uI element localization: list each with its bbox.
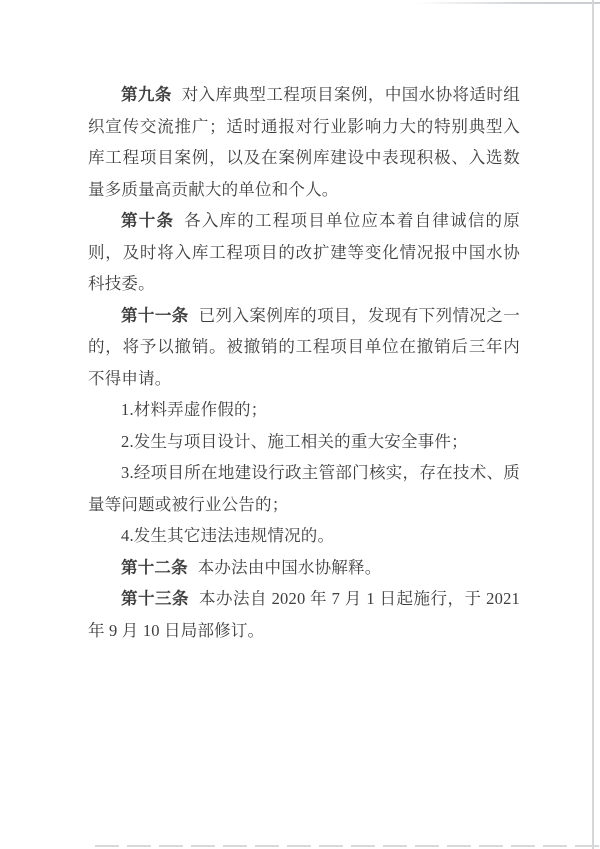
article-number: 第十三条 [121, 589, 189, 608]
article-number: 第九条 [121, 85, 172, 104]
scan-edge-top-line [415, 2, 600, 4]
article-paragraph: 第十三条本办法自 2020 年 7 月 1 日起施行，于 2021 年 9 月 … [88, 583, 520, 646]
document-body: 第九条对入库典型工程项目案例，中国水协将适时组织宣传交流推广；适时通报对行业影响… [88, 79, 520, 646]
article-text: 3.经项目所在地建设行政主管部门核实，存在技术、质量等问题或被行业公告的； [88, 463, 520, 514]
article-text: 4.发生其它违法违规情况的。 [121, 526, 334, 545]
list-item: 4.发生其它违法违规情况的。 [88, 520, 520, 552]
article-paragraph: 第九条对入库典型工程项目案例，中国水协将适时组织宣传交流推广；适时通报对行业影响… [88, 79, 520, 205]
article-number: 第十一条 [121, 306, 189, 325]
article-number: 第十二条 [121, 558, 188, 577]
list-item: 1.材料弄虚作假的； [88, 394, 520, 426]
list-item: 2.发生与项目设计、施工相关的重大安全事件； [88, 426, 520, 458]
scanned-document-page: 第九条对入库典型工程项目案例，中国水协将适时组织宣传交流推广；适时通报对行业影响… [0, 0, 600, 849]
article-paragraph: 第十条各入库的工程项目单位应本着自律诚信的原则，及时将入库工程项目的改扩建等变化… [88, 205, 520, 300]
scan-edge-bottom-line [95, 845, 600, 847]
article-paragraph: 第十一条已列入案例库的项目，发现有下列情况之一的，将予以撤销。被撤销的工程项目单… [88, 300, 520, 395]
article-text: 本办法由中国水协解释。 [198, 558, 382, 577]
article-number: 第十条 [121, 211, 174, 230]
scan-edge-right-line [592, 0, 594, 849]
article-text: 2.发生与项目设计、施工相关的重大安全事件； [121, 432, 468, 451]
article-text: 1.材料弄虚作假的； [121, 400, 267, 419]
list-item: 3.经项目所在地建设行政主管部门核实，存在技术、质量等问题或被行业公告的； [88, 457, 520, 520]
article-paragraph: 第十二条本办法由中国水协解释。 [88, 552, 520, 584]
